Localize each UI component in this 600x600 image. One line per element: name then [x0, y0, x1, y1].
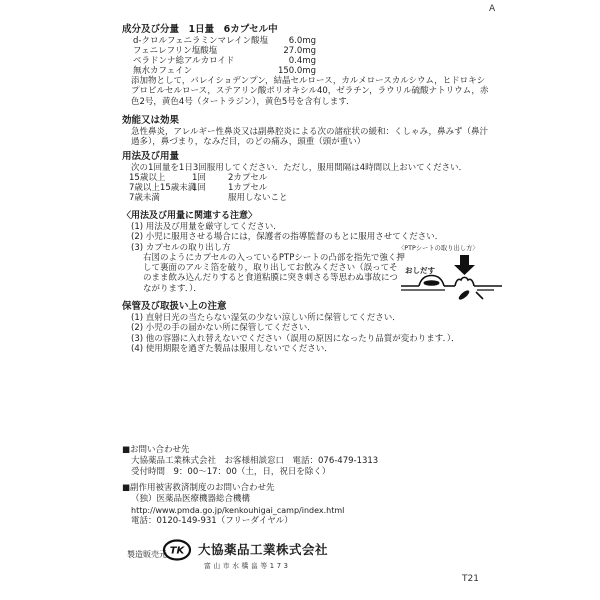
corner-mark-top: A: [489, 4, 495, 14]
capsule-falling: [457, 289, 470, 301]
dosage-intro: 次の1回量を1日3回服用してください．ただし，服用間隔は4時間以上おいてください…: [131, 163, 497, 173]
relief-url: http://www.pmda.go.jp/kenkouhigai_camp/i…: [131, 505, 497, 516]
ingredient-row: 無水カフェイン 150.0mg: [133, 66, 316, 76]
storage-item: (3) 他の容器に入れ替えないでください（誤用の原因になったり品質が変わります．…: [131, 334, 497, 344]
capsule-in-blister: [424, 280, 440, 286]
dosage-dose: 2カプセル: [228, 173, 267, 183]
corner-mark-bottom: T21: [462, 574, 479, 584]
efficacy-title: 効能又は効果: [122, 115, 492, 127]
ingredient-row: フェニレフリン塩酸塩 27.0mg: [133, 46, 316, 56]
relief-phone: 電話：0120-149-931（フリーダイヤル）: [131, 516, 497, 527]
storage-title: 保管及び取扱い上の注意: [122, 301, 497, 313]
ptp-push-label: おしだす: [405, 265, 435, 276]
ingredient-name: d-クロルフェニラミンマレイン酸塩: [133, 36, 268, 46]
dosage-dose: 服用しないこと: [228, 193, 288, 203]
ingredient-name: 無水カフェイン: [133, 66, 192, 76]
ptp-diagram: 〈PTPシートの取り出し方〉 おしだす: [398, 243, 510, 302]
package-insert-page: A 成分及び分量 1日量 6カプセル中 d-クロルフェニラミンマレイン酸塩 6.…: [0, 0, 600, 600]
company-logo: TK: [162, 539, 192, 561]
dosage-times: 1回: [192, 173, 228, 183]
dosage-times: 1回: [192, 183, 228, 193]
section-composition: 成分及び分量 1日量 6カプセル中 d-クロルフェニラミンマレイン酸塩 6.0m…: [122, 24, 492, 107]
relief-title: ■副作用被害救済制度のお問い合わせ先: [122, 483, 497, 494]
section-contact: ■お問い合わせ先 大協薬品工業株式会社 お客様相談窓口 電話：076-479-1…: [122, 445, 497, 478]
section-efficacy: 効能又は効果 急性鼻炎，アレルギー性鼻炎又は副鼻腔炎による次の諸症状の緩和：くし…: [122, 115, 492, 148]
storage-item: (2) 小児の手の届かない所に保管してください．: [131, 323, 497, 333]
ingredient-amount: 6.0mg: [289, 36, 316, 46]
dosage-times: [192, 193, 228, 203]
section-storage: 保管及び取扱い上の注意 (1) 直射日光の当たらない湿気の少ない涼しい所に保管し…: [122, 301, 497, 354]
company-address: 富山市水橋畠等173: [204, 560, 291, 570]
dosage-row: 15歳以上 1回 2カプセル: [129, 173, 497, 183]
dosage-age: 15歳以上: [129, 173, 192, 183]
logo-monogram: TK: [170, 546, 186, 557]
company-name: 大協薬品工業株式会社: [198, 540, 328, 558]
ingredient-name: ベラドンナ総アルカロイド: [133, 56, 234, 66]
section-dosage: 用法及び用量 次の1回量を1日3回服用してください．ただし，服用間隔は4時間以上…: [122, 151, 497, 203]
relief-org: （独）医薬品医療機器総合機構: [131, 494, 497, 505]
ingredient-amount: 0.4mg: [289, 56, 316, 66]
storage-item: (1) 直射日光の当たらない湿気の少ない涼しい所に保管してください．: [131, 313, 497, 323]
down-arrow-icon: [454, 255, 475, 275]
contact-company-line: 大協薬品工業株式会社 お客様相談窓口 電話：076-479-1313: [131, 456, 497, 467]
efficacy-body: 急性鼻炎，アレルギー性鼻炎又は副鼻腔炎による次の諸症状の緩和：くしゃみ，鼻みず（…: [131, 127, 493, 148]
dosage-age: 7歳以上15歳未満: [129, 183, 192, 193]
composition-title: 成分及び分量 1日量 6カプセル中: [122, 24, 492, 36]
dosage-dose: 1カプセル: [228, 183, 267, 193]
storage-item: (4) 使用期限を過ぎた製品は服用しないでください．: [131, 344, 497, 354]
dosage-notes-title: 〈用法及び用量に関連する注意〉: [122, 210, 502, 222]
contact-title: ■お問い合わせ先: [122, 445, 497, 456]
ingredient-row: d-クロルフェニラミンマレイン酸塩 6.0mg: [133, 36, 316, 46]
dosage-title: 用法及び用量: [122, 151, 497, 163]
ptp-diagram-caption: 〈PTPシートの取り出し方〉: [398, 243, 510, 252]
motion-stroke: [476, 292, 483, 299]
ingredient-row: ベラドンナ総アルカロイド 0.4mg: [133, 56, 316, 66]
dosage-age: 7歳未満: [129, 193, 192, 203]
ptp-sheet-illustration: [398, 252, 506, 302]
dosage-note-item: (1) 用法及び用量を厳守してください．: [131, 222, 502, 232]
additives-text: 添加物として，バレイショデンプン，結晶セルロース，カルメロースカルシウム，ヒドロ…: [131, 76, 491, 107]
section-relief: ■副作用被害救済制度のお問い合わせ先 （独）医薬品医療機器総合機構 http:/…: [122, 483, 497, 527]
contact-hours: 受付時間 9：00～17：00（土，日，祝日を除く）: [131, 467, 497, 478]
ingredient-amount: 150.0mg: [278, 66, 316, 76]
dosage-row: 7歳以上15歳未満 1回 1カプセル: [129, 183, 497, 193]
ingredient-name: フェニレフリン塩酸塩: [133, 46, 217, 56]
capsule-removal-text: 右図のようにカプセルの入っているPTPシートの凸部を指先で強く押して裏面のアルミ…: [143, 253, 405, 294]
maker-role-label: 製造販売元: [127, 549, 167, 560]
dosage-note-item: (2) 小児に服用させる場合には，保護者の指導監督のもとに服用させてください．: [131, 232, 502, 242]
dosage-row: 7歳未満 服用しないこと: [129, 193, 497, 203]
ingredient-amount: 27.0mg: [283, 46, 316, 56]
